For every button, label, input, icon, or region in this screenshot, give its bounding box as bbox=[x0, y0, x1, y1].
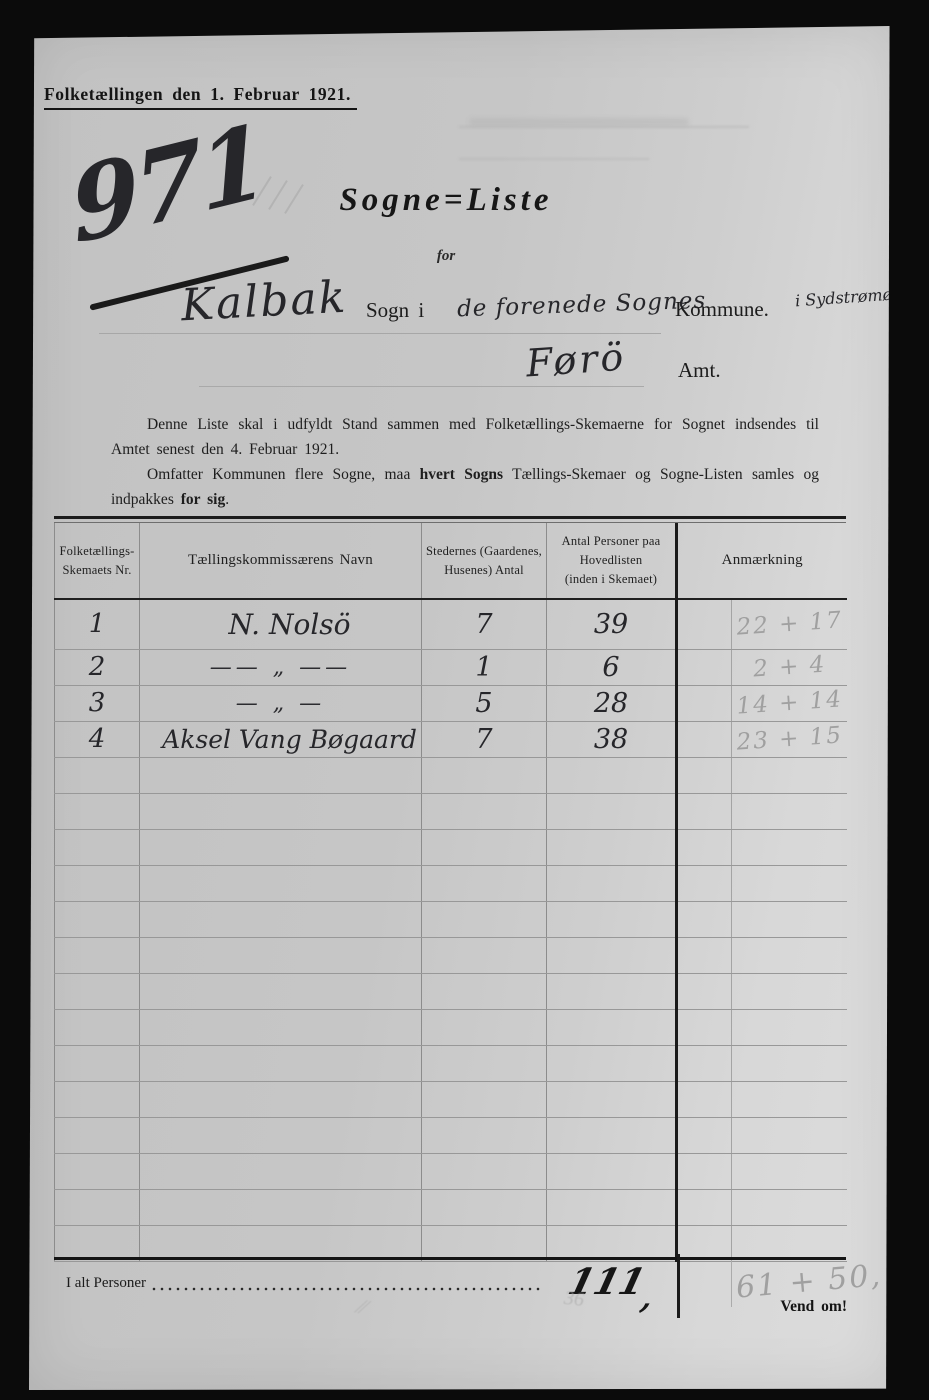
anm-spacer-cell bbox=[677, 685, 732, 721]
header-line: Folketællings- bbox=[59, 544, 134, 558]
table-row: 2 —— „ —— 1 6 2 + 4 bbox=[55, 649, 847, 685]
table-row: 3 — „ — 5 28 14 + 14 bbox=[55, 685, 847, 721]
anm-spacer-cell bbox=[677, 721, 732, 757]
persons-count: 38 bbox=[547, 721, 677, 757]
commissioner-name-ditto: —— „ —— bbox=[140, 649, 422, 685]
table-header-row: Folketællings- Skemaets Nr. Tællingskomm… bbox=[55, 523, 847, 599]
commissioner-name: Aksel Vang Bøgaard bbox=[140, 721, 422, 757]
handwritten-sogn-name: Kalbak bbox=[180, 272, 349, 332]
instruction-bold-text: for sig bbox=[181, 491, 225, 508]
table-row: 4 Aksel Vang Bøgaard 7 38 23 + 15 bbox=[55, 721, 847, 757]
empty-table-row bbox=[55, 829, 847, 865]
turn-over-note: Vend om! bbox=[729, 1298, 847, 1316]
empty-table-row bbox=[55, 793, 847, 829]
printed-kommune-label: Kommune. bbox=[675, 297, 769, 322]
total-persons-row: I alt Personer 111, 61 + 50, bbox=[54, 1257, 846, 1307]
ghost-bleed-text bbox=[469, 118, 689, 126]
empty-table-row bbox=[55, 973, 847, 1009]
row-number: 3 bbox=[55, 685, 140, 721]
fill-in-rule bbox=[99, 333, 661, 334]
ghost-bleed-line bbox=[459, 158, 649, 160]
column-header-skema-nr: Folketællings- Skemaets Nr. bbox=[55, 523, 140, 599]
column-header-navn: Tællingskommissærens Navn bbox=[140, 523, 422, 599]
handwritten-amt-name: Førö bbox=[525, 335, 628, 386]
empty-table-row bbox=[55, 865, 847, 901]
places-count: 1 bbox=[422, 649, 547, 685]
handwritten-kommune-note: i Sydstrømø bbox=[794, 285, 892, 311]
empty-table-row bbox=[55, 757, 847, 793]
fill-in-rule bbox=[199, 386, 644, 387]
instruction-paragraph-1: Denne Liste skal i udfyldt Stand sammen … bbox=[111, 412, 819, 462]
empty-table-row bbox=[55, 1153, 847, 1189]
persons-count: 39 bbox=[547, 599, 677, 649]
anm-spacer bbox=[680, 1260, 732, 1307]
row-number: 4 bbox=[55, 721, 140, 757]
persons-count: 28 bbox=[547, 685, 677, 721]
empty-table-row bbox=[55, 1045, 847, 1081]
handwritten-total: 111, bbox=[542, 1261, 682, 1303]
header-line: Husenes) Antal bbox=[444, 563, 524, 577]
places-count: 5 bbox=[422, 685, 547, 721]
column-divider-rule bbox=[677, 1254, 680, 1318]
row-number: 1 bbox=[55, 599, 140, 649]
instruction-bold-text: hvert Sogns bbox=[420, 466, 503, 483]
empty-table-row bbox=[55, 1189, 847, 1225]
table-top-rule-thick bbox=[54, 516, 846, 519]
header-line: Skemaets Nr. bbox=[62, 563, 131, 577]
handwritten-kommune-name: de forenede Sognes bbox=[457, 288, 707, 323]
header-line: Antal Personer paa bbox=[562, 534, 661, 548]
header-line: Hovedlisten bbox=[580, 553, 643, 567]
empty-table-row bbox=[55, 1117, 847, 1153]
pencil-scribble: 36 bbox=[563, 1287, 585, 1312]
ghost-bleed-line bbox=[459, 126, 749, 128]
column-header-steder: Stedernes (Gaardenes, Husenes) Antal bbox=[422, 523, 547, 599]
empty-table-row bbox=[55, 1009, 847, 1045]
persons-count: 6 bbox=[547, 649, 677, 685]
row-number: 2 bbox=[55, 649, 140, 685]
column-header-personer: Antal Personer paa Hovedlisten (inden i … bbox=[547, 523, 677, 599]
printed-amt-label: Amt. bbox=[678, 358, 721, 383]
dotted-leader bbox=[150, 1287, 541, 1291]
remark-pencil: 23 + 15 bbox=[730, 717, 847, 761]
header-line: Stedernes (Gaardenes, bbox=[426, 544, 542, 558]
table-row: 1 N. Nolsö 7 39 22 + 17 bbox=[55, 599, 847, 649]
document-title: Sogne=Liste bbox=[196, 182, 696, 219]
census-title-header: Folketællingen den 1. Februar 1921. bbox=[44, 84, 357, 110]
places-count: 7 bbox=[422, 721, 547, 757]
document-for-label: for bbox=[196, 248, 696, 265]
empty-table-row bbox=[55, 901, 847, 937]
printed-sogn-label: Sogn i bbox=[366, 298, 424, 323]
empty-table-row bbox=[55, 1081, 847, 1117]
header-line: (inden i Skemaet) bbox=[565, 572, 657, 586]
anm-spacer-cell bbox=[677, 649, 732, 685]
places-count: 7 bbox=[422, 599, 547, 649]
empty-table-row bbox=[55, 937, 847, 973]
instruction-text: Omfatter Kommunen flere Sogne, maa bbox=[147, 466, 420, 483]
commissioner-name-ditto: — „ — bbox=[140, 685, 422, 721]
remark-pencil: 22 + 17 bbox=[730, 595, 848, 653]
empty-table-row bbox=[55, 1225, 847, 1261]
column-header-anmaerkning: Anmærkning bbox=[677, 523, 847, 599]
sogne-liste-table: Folketællings- Skemaets Nr. Tællingskomm… bbox=[54, 523, 847, 1262]
total-persons-label: I alt Personer bbox=[54, 1275, 146, 1292]
anm-spacer-cell bbox=[677, 599, 732, 649]
instructions-paragraphs: Denne Liste skal i udfyldt Stand sammen … bbox=[111, 412, 819, 512]
commissioner-name: N. Nolsö bbox=[140, 599, 422, 649]
instruction-text: . bbox=[225, 491, 229, 508]
instruction-paragraph-2: Omfatter Kommunen flere Sogne, maa hvert… bbox=[111, 462, 819, 512]
scanned-census-form-page: Folketællingen den 1. Februar 1921. 971 … bbox=[29, 26, 893, 1390]
